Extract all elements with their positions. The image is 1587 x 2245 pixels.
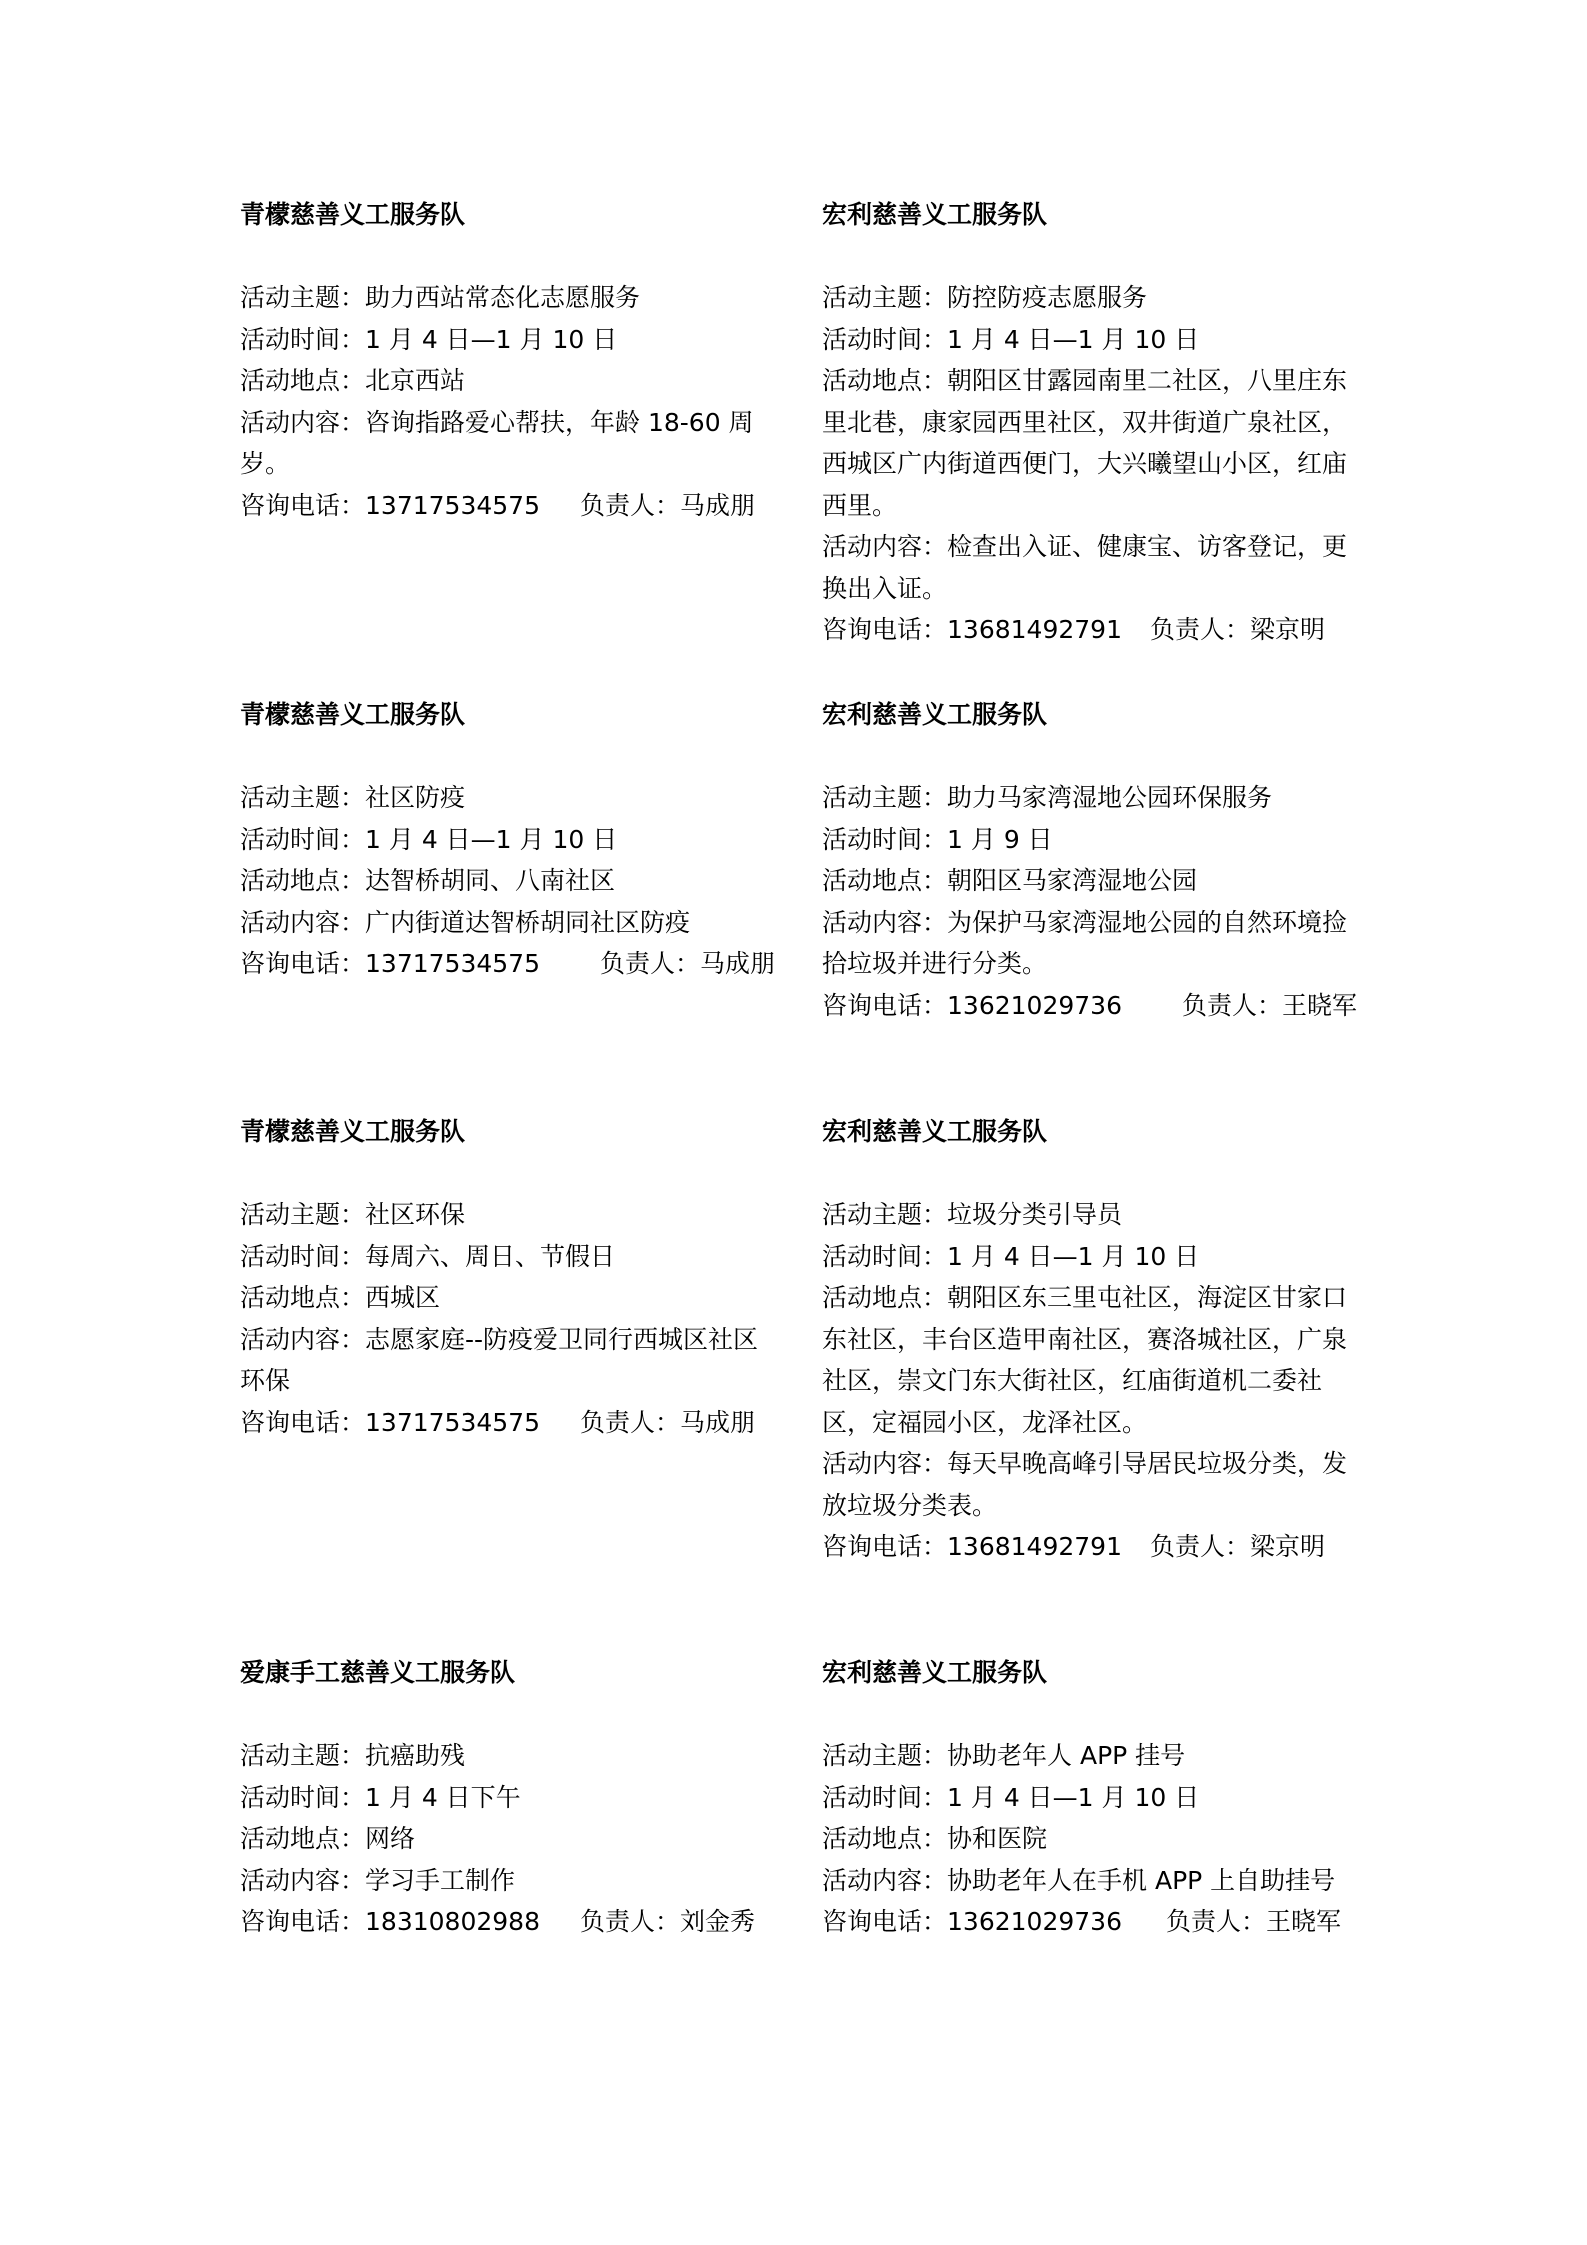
- activity-time: 活动时间：1 月 9 日: [822, 819, 1357, 861]
- contact-line: 咨询电话：13681492791负责人：梁京明: [822, 1526, 1357, 1568]
- activity-content: 活动内容：检查出入证、健康宝、访客登记，更换出入证。: [822, 526, 1357, 609]
- activity-content: 活动内容：协助老年人在手机 APP 上自助挂号: [822, 1860, 1357, 1902]
- activity-time: 活动时间：每周六、周日、节假日: [240, 1236, 780, 1278]
- contact-line: 咨询电话：13717534575负责人：马成朋: [240, 1402, 780, 1444]
- person-in-charge: 梁京明: [1250, 615, 1325, 644]
- team-name: 青檬慈善义工服务队: [240, 694, 780, 736]
- activity-place: 活动地点：朝阳区马家湾湿地公园: [822, 860, 1357, 902]
- activity-theme: 活动主题：协助老年人 APP 挂号: [822, 1735, 1357, 1777]
- activity-theme: 活动主题：助力马家湾湿地公园环保服务: [822, 777, 1357, 819]
- activity-block: 宏利慈善义工服务队 活动主题：协助老年人 APP 挂号 活动时间：1 月 4 日…: [822, 1652, 1357, 1943]
- person-in-charge: 梁京明: [1250, 1532, 1325, 1561]
- activity-content: 活动内容：广内街道达智桥胡同社区防疫: [240, 902, 780, 944]
- activity-block: 宏利慈善义工服务队 活动主题：助力马家湾湿地公园环保服务 活动时间：1 月 9 …: [822, 694, 1357, 1026]
- contact-line: 咨询电话：13681492791负责人：梁京明: [822, 609, 1357, 651]
- activity-block: 青檬慈善义工服务队 活动主题：社区环保 活动时间：每周六、周日、节假日 活动地点…: [240, 1111, 780, 1443]
- phone-number: 13681492791: [947, 615, 1122, 644]
- person-in-charge: 王晓军: [1282, 991, 1357, 1020]
- contact-line: 咨询电话：18310802988负责人：刘金秀: [240, 1901, 780, 1943]
- contact-line: 咨询电话：13621029736负责人：王晓军: [822, 1901, 1357, 1943]
- contact-line: 咨询电话：13717534575负责人：马成朋: [240, 485, 780, 527]
- team-name: 宏利慈善义工服务队: [822, 1111, 1357, 1153]
- phone-number: 13681492791: [947, 1532, 1122, 1561]
- activity-place: 活动地点：北京西站: [240, 360, 780, 402]
- activity-block: 爱康手工慈善义工服务队 活动主题：抗癌助残 活动时间：1 月 4 日下午 活动地…: [240, 1652, 780, 1943]
- phone-number: 13717534575: [365, 491, 540, 520]
- phone-number: 13717534575: [365, 1408, 540, 1437]
- activity-time: 活动时间：1 月 4 日下午: [240, 1777, 780, 1819]
- activity-place: 活动地点：协和医院: [822, 1818, 1357, 1860]
- activity-content: 活动内容：学习手工制作: [240, 1860, 780, 1902]
- activity-place: 活动地点：达智桥胡同、八南社区: [240, 860, 780, 902]
- team-name: 宏利慈善义工服务队: [822, 694, 1357, 736]
- activity-theme: 活动主题：助力西站常态化志愿服务: [240, 277, 780, 319]
- team-name: 宏利慈善义工服务队: [822, 1652, 1357, 1694]
- activity-content: 活动内容：咨询指路爱心帮扶，年龄 18-60 周岁。: [240, 402, 780, 485]
- contact-line: 咨询电话：13717534575负责人：马成朋: [240, 943, 780, 985]
- phone-number: 13621029736: [947, 991, 1122, 1020]
- person-in-charge: 刘金秀: [680, 1907, 755, 1936]
- activity-content: 活动内容：志愿家庭--防疫爱卫同行西城区社区环保: [240, 1319, 780, 1402]
- activity-block: 青檬慈善义工服务队 活动主题：助力西站常态化志愿服务 活动时间：1 月 4 日—…: [240, 194, 780, 526]
- person-in-charge: 马成朋: [700, 949, 775, 978]
- activity-time: 活动时间：1 月 4 日—1 月 10 日: [822, 1236, 1357, 1278]
- activity-block: 宏利慈善义工服务队 活动主题：防控防疫志愿服务 活动时间：1 月 4 日—1 月…: [822, 194, 1357, 651]
- activity-place: 活动地点：网络: [240, 1818, 780, 1860]
- activity-block: 青檬慈善义工服务队 活动主题：社区防疫 活动时间：1 月 4 日—1 月 10 …: [240, 694, 780, 985]
- phone-number: 18310802988: [365, 1907, 540, 1936]
- team-name: 青檬慈善义工服务队: [240, 1111, 780, 1153]
- activity-time: 活动时间：1 月 4 日—1 月 10 日: [240, 319, 780, 361]
- activity-theme: 活动主题：社区环保: [240, 1194, 780, 1236]
- activity-theme: 活动主题：社区防疫: [240, 777, 780, 819]
- activity-theme: 活动主题：防控防疫志愿服务: [822, 277, 1357, 319]
- person-in-charge: 马成朋: [680, 491, 755, 520]
- activity-place: 活动地点：朝阳区东三里屯社区，海淀区甘家口东社区，丰台区造甲南社区，赛洛城社区，…: [822, 1277, 1357, 1443]
- person-in-charge: 王晓军: [1266, 1907, 1341, 1936]
- phone-number: 13621029736: [947, 1907, 1122, 1936]
- activity-block: 宏利慈善义工服务队 活动主题：垃圾分类引导员 活动时间：1 月 4 日—1 月 …: [822, 1111, 1357, 1568]
- activity-time: 活动时间：1 月 4 日—1 月 10 日: [822, 319, 1357, 361]
- activity-time: 活动时间：1 月 4 日—1 月 10 日: [240, 819, 780, 861]
- activity-content: 活动内容：每天早晚高峰引导居民垃圾分类，发放垃圾分类表。: [822, 1443, 1357, 1526]
- team-name: 宏利慈善义工服务队: [822, 194, 1357, 236]
- activity-theme: 活动主题：垃圾分类引导员: [822, 1194, 1357, 1236]
- phone-number: 13717534575: [365, 949, 540, 978]
- team-name: 爱康手工慈善义工服务队: [240, 1652, 780, 1694]
- activity-place: 活动地点：朝阳区甘露园南里二社区，八里庄东里北巷，康家园西里社区，双井街道广泉社…: [822, 360, 1357, 526]
- activity-content: 活动内容：为保护马家湾湿地公园的自然环境捡拾垃圾并进行分类。: [822, 902, 1357, 985]
- person-in-charge: 马成朋: [680, 1408, 755, 1437]
- activity-place: 活动地点：西城区: [240, 1277, 780, 1319]
- contact-line: 咨询电话：13621029736负责人：王晓军: [822, 985, 1357, 1027]
- activity-theme: 活动主题：抗癌助残: [240, 1735, 780, 1777]
- activity-time: 活动时间：1 月 4 日—1 月 10 日: [822, 1777, 1357, 1819]
- team-name: 青檬慈善义工服务队: [240, 194, 780, 236]
